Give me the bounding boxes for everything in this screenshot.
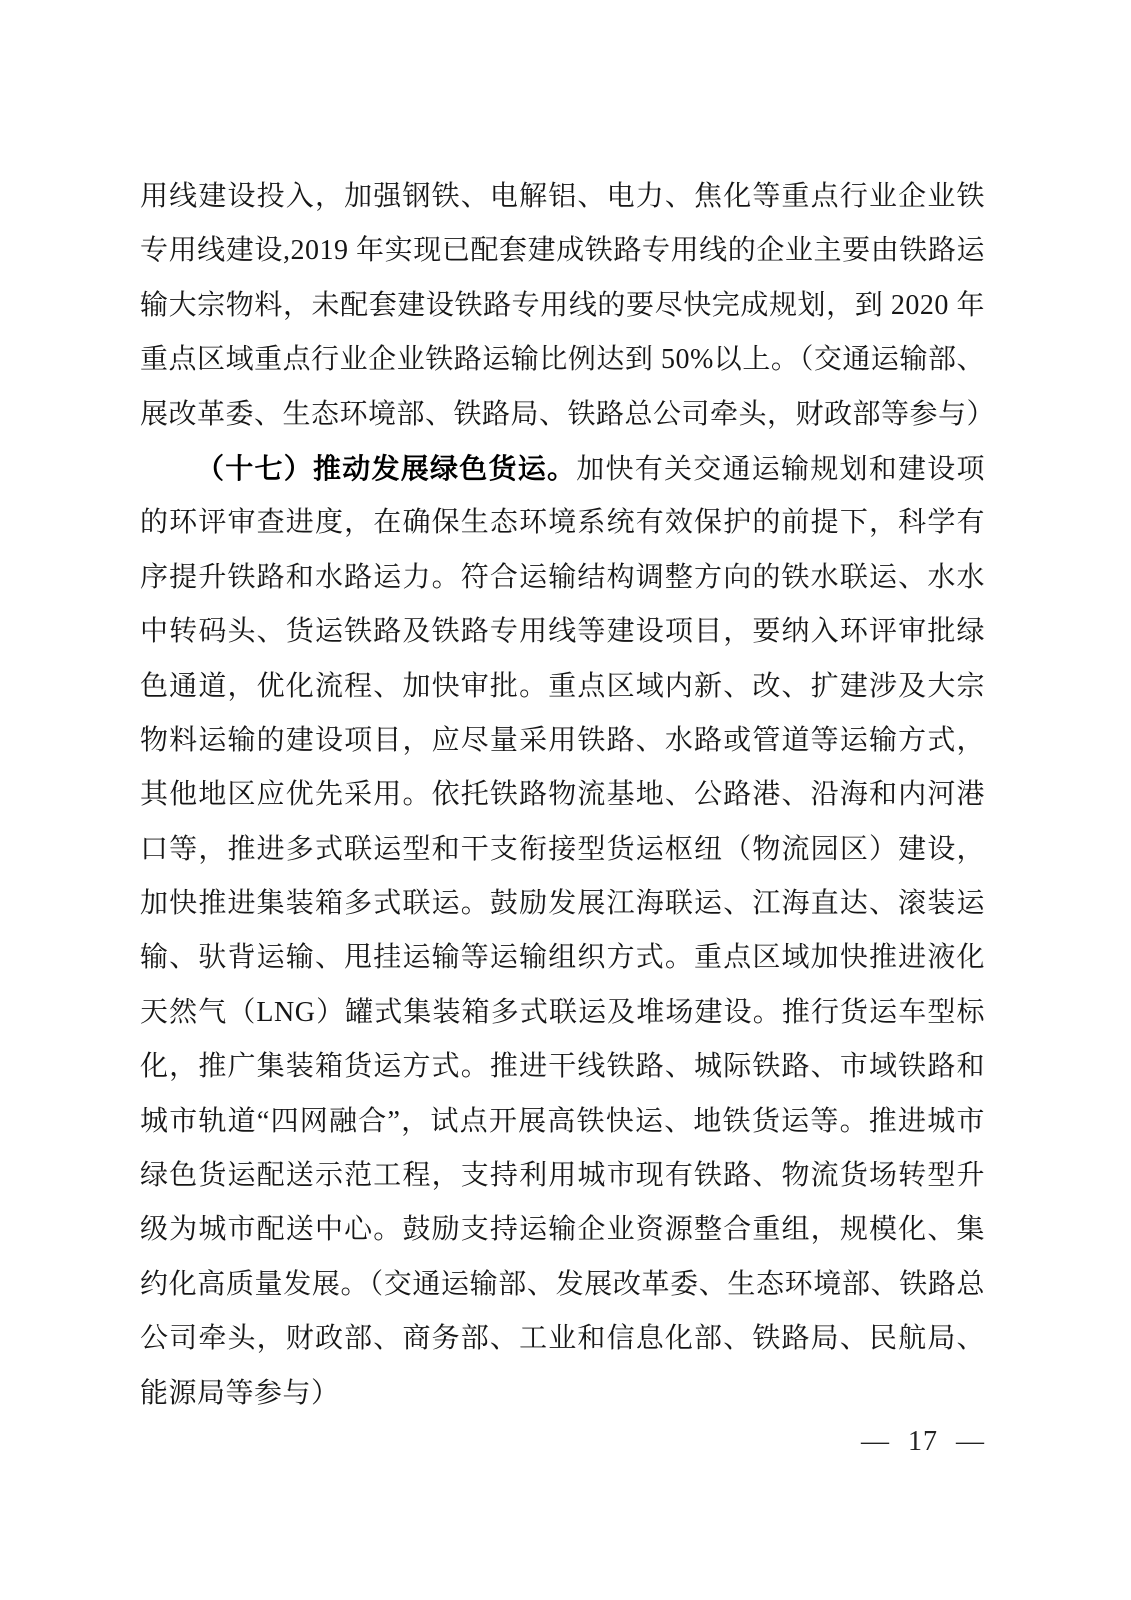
text-line: 绿色货运配送示范工程，支持利用城市现有铁路、物流货场转型升	[140, 1149, 985, 1203]
text-line: 物料运输的建设项目，应尽量采用铁路、水路或管道等运输方式，	[140, 714, 985, 768]
text-line: 输、驮背运输、甩挂运输等运输组织方式。重点区域加快推进液化	[140, 931, 985, 985]
section-17-paragraph: （十七）推动发展绿色货运。加快有关交通运输规划和建设项目 的环评审查进度，在确保…	[140, 442, 985, 1421]
text-line: 中转码头、货运铁路及铁路专用线等建设项目，要纳入环评审批绿	[140, 605, 985, 659]
text-line: 序提升铁路和水路运力。符合运输结构调整方向的铁水联运、水水	[140, 551, 985, 605]
text-line: 用线建设投入，加强钢铁、电解铝、电力、焦化等重点行业企业铁路	[140, 170, 985, 224]
text-line: 化，推广集装箱货运方式。推进干线铁路、城际铁路、市域铁路和	[140, 1040, 985, 1094]
text-line: 色通道，优化流程、加快审批。重点区域内新、改、扩建涉及大宗	[140, 660, 985, 714]
text-line: 天然气（LNG）罐式集装箱多式联运及堆场建设。推行货运车型标准	[140, 986, 985, 1040]
text-line: 专用线建设,2019 年实现已配套建成铁路专用线的企业主要由铁路运	[140, 224, 985, 278]
text-line: 加快推进集装箱多式联运。鼓励发展江海联运、江海直达、滚装运	[140, 877, 985, 931]
text-line: 展改革委、生态环境部、铁路局、铁路总公司牵头，财政部等参与）	[140, 388, 985, 442]
text-line: 的环评审查进度，在确保生态环境系统有效保护的前提下，科学有	[140, 496, 985, 550]
text-line: 重点区域重点行业企业铁路运输比例达到 50%以上。（交通运输部、发	[140, 333, 985, 387]
page-number-footer: — 17 —	[861, 1422, 985, 1462]
text-line: 级为城市配送中心。鼓励支持运输企业资源整合重组，规模化、集	[140, 1203, 985, 1257]
text-line: 公司牵头，财政部、商务部、工业和信息化部、铁路局、民航局、	[140, 1312, 985, 1366]
text-block: 用线建设投入，加强钢铁、电解铝、电力、焦化等重点行业企业铁路 专用线建设,201…	[140, 170, 985, 1421]
text-line: 口等，推进多式联运型和干支衔接型货运枢纽（物流园区）建设，	[140, 823, 985, 877]
paragraph-continuation: 用线建设投入，加强钢铁、电解铝、电力、焦化等重点行业企业铁路 专用线建设,201…	[140, 170, 985, 442]
text-line: 城市轨道“四网融合”，试点开展高铁快运、地铁货运等。推进城市	[140, 1095, 985, 1149]
document-page: 用线建设投入，加强钢铁、电解铝、电力、焦化等重点行业企业铁路 专用线建设,201…	[0, 0, 1131, 1600]
text-line: 能源局等参与）	[140, 1367, 985, 1421]
text-line: 其他地区应优先采用。依托铁路物流基地、公路港、沿海和内河港	[140, 768, 985, 822]
text-line: 约化高质量发展。（交通运输部、发展改革委、生态环境部、铁路总	[140, 1258, 985, 1312]
text-line: 输大宗物料，未配套建设铁路专用线的要尽快完成规划，到 2020 年	[140, 279, 985, 333]
section-heading-line: （十七）推动发展绿色货运。加快有关交通运输规划和建设项目	[140, 442, 985, 496]
section-heading-bold: （十七）推动发展绿色货运。	[196, 453, 576, 484]
